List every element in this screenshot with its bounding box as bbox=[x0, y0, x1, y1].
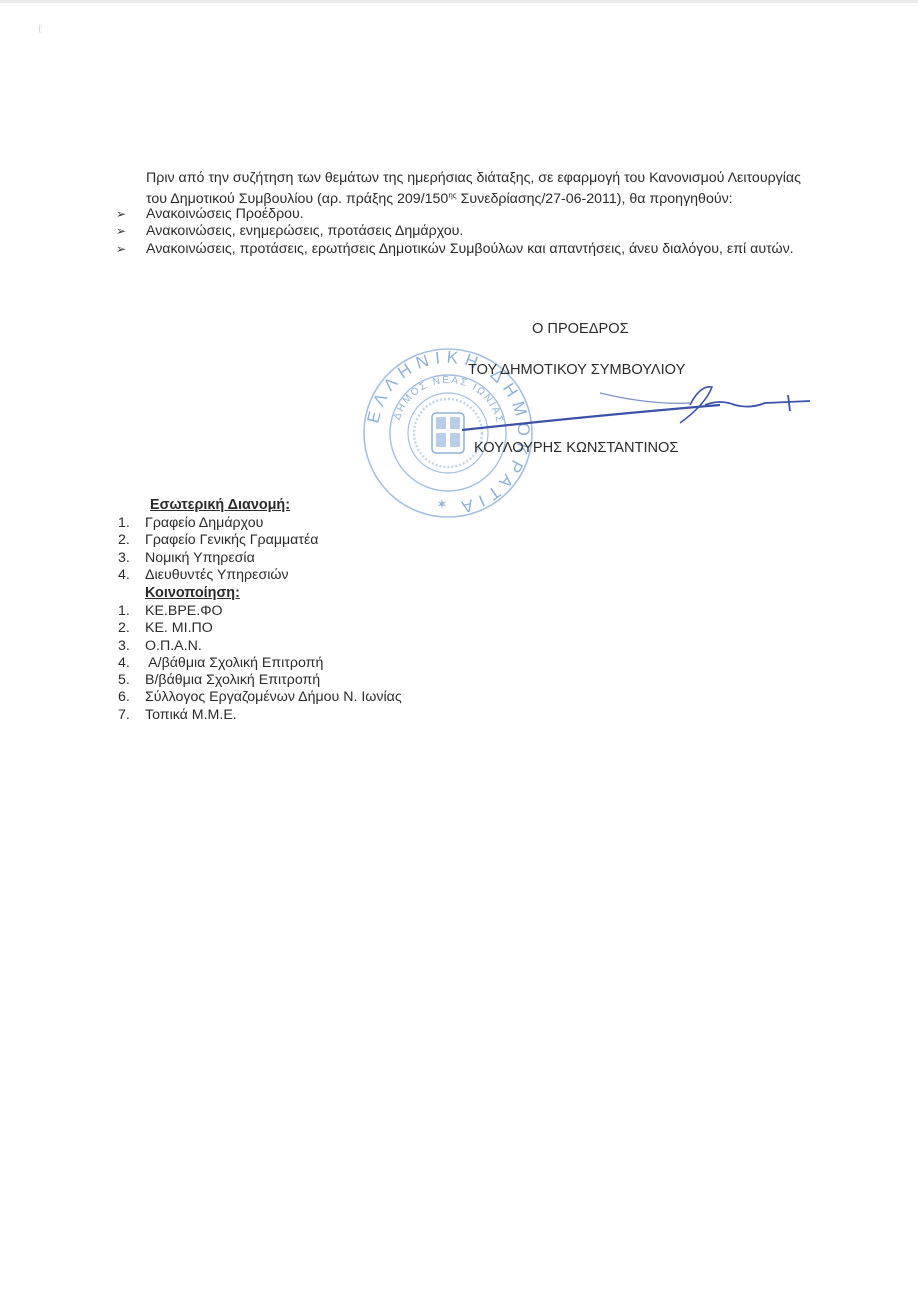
list-item: 1.ΚΕ.ΒΡΕ.ΦΟ bbox=[118, 603, 402, 620]
intro-paragraph: Πριν από την συζήτηση των θεμάτων της ημ… bbox=[146, 170, 886, 208]
list-item: 1.Γραφείο Δημάρχου bbox=[118, 515, 319, 532]
item-number: 5. bbox=[118, 672, 130, 689]
item-label: Γραφείο Δημάρχου bbox=[145, 515, 263, 531]
arrow-bullet-icon: ➢ bbox=[116, 223, 126, 240]
item-number: 3. bbox=[118, 550, 130, 567]
list-item: 4. Α/βάθμια Σχολική Επιτροπή bbox=[118, 655, 402, 672]
item-number: 2. bbox=[118, 532, 130, 549]
bullet-text: Ανακοινώσεις, προτάσεις, ερωτήσεις Δημοτ… bbox=[146, 241, 794, 257]
item-label: ΚΕ. ΜΙ.ΠΟ bbox=[145, 620, 213, 636]
item-label: ΚΕ.ΒΡΕ.ΦΟ bbox=[145, 603, 223, 619]
item-number: 7. bbox=[118, 707, 130, 724]
svg-text:✶: ✶ bbox=[436, 496, 448, 512]
agenda-preliminaries-list: ➢Ανακοινώσεις Προέδρου. ➢Ανακοινώσεις, ε… bbox=[116, 206, 794, 258]
item-label: Τοπικά Μ.Μ.Ε. bbox=[145, 707, 237, 723]
item-number: 4. bbox=[118, 567, 130, 584]
notification-list: 1.ΚΕ.ΒΡΕ.ΦΟ 2.ΚΕ. ΜΙ.ΠΟ 3.Ο.Π.Α.Ν. 4. Α/… bbox=[118, 603, 402, 724]
intro-line-2: του Δημοτικού Συμβουλίου (αρ. πράξης 209… bbox=[146, 187, 886, 208]
list-item: 7.Τοπικά Μ.Μ.Ε. bbox=[118, 707, 402, 724]
intro-line-2-part-a: του Δημοτικού Συμβουλίου (αρ. πράξης 209… bbox=[146, 191, 448, 207]
list-item: ➢Ανακοινώσεις, προτάσεις, ερωτήσεις Δημο… bbox=[116, 241, 794, 258]
item-label: Διευθυντές Υπηρεσιών bbox=[145, 567, 289, 583]
handwritten-signature-icon bbox=[450, 375, 820, 435]
arrow-bullet-icon: ➢ bbox=[116, 206, 126, 223]
list-item: 2.ΚΕ. ΜΙ.ΠΟ bbox=[118, 620, 402, 637]
list-item: 3.Νομική Υπηρεσία bbox=[118, 550, 319, 567]
arrow-bullet-icon: ➢ bbox=[116, 241, 126, 258]
intro-line-2-part-b: Συνεδρίασης/27-06-2011), θα προηγηθούν: bbox=[457, 191, 733, 207]
list-item: 3.Ο.Π.Α.Ν. bbox=[118, 638, 402, 655]
item-number: 1. bbox=[118, 515, 130, 532]
list-item: 2.Γραφείο Γενικής Γραμματέα bbox=[118, 532, 319, 549]
bullet-text: Ανακοινώσεις, ενημερώσεις, προτάσεις Δημ… bbox=[146, 223, 463, 239]
ordinal-superscript: ης bbox=[448, 191, 456, 200]
list-item: 5.Β/βάθμια Σχολική Επιτροπή bbox=[118, 672, 402, 689]
item-number: 1. bbox=[118, 603, 130, 620]
item-label: Ο.Π.Α.Ν. bbox=[145, 638, 202, 654]
signatory-name: ΚΟΥΛΟΥΡΗΣ ΚΩΝΣΤΑΝΤΙΝΟΣ bbox=[474, 440, 678, 456]
internal-distribution-list: 1.Γραφείο Δημάρχου 2.Γραφείο Γενικής Γρα… bbox=[118, 515, 319, 584]
item-label: Β/βάθμια Σχολική Επιτροπή bbox=[145, 672, 320, 688]
list-item: 4.Διευθυντές Υπηρεσιών bbox=[118, 567, 319, 584]
notification-title: Κοινοποίηση: bbox=[145, 585, 240, 601]
list-item: ➢Ανακοινώσεις Προέδρου. bbox=[116, 206, 794, 223]
item-number: 2. bbox=[118, 620, 130, 637]
item-label: Σύλλογος Εργαζομένων Δήμου Ν. Ιωνίας bbox=[145, 689, 402, 705]
intro-line-1: Πριν από την συζήτηση των θεμάτων της ημ… bbox=[146, 170, 886, 187]
item-number: 6. bbox=[118, 689, 130, 706]
item-number: 3. bbox=[118, 638, 130, 655]
item-label: Νομική Υπηρεσία bbox=[145, 550, 255, 566]
list-item: 6.Σύλλογος Εργαζομένων Δήμου Ν. Ιωνίας bbox=[118, 689, 402, 706]
internal-distribution-title: Εσωτερική Διανομή: bbox=[150, 497, 290, 513]
list-item: ➢Ανακοινώσεις, ενημερώσεις, προτάσεις Δη… bbox=[116, 223, 794, 240]
item-label: Γραφείο Γενικής Γραμματέα bbox=[145, 532, 319, 548]
scan-speck: ℓ bbox=[38, 22, 42, 36]
bullet-text: Ανακοινώσεις Προέδρου. bbox=[146, 206, 304, 222]
item-number: 4. bbox=[118, 655, 130, 672]
signatory-title-line1: Ο ΠΡΟΕΔΡΟΣ bbox=[532, 321, 629, 337]
item-label: Α/βάθμια Σχολική Επιτροπή bbox=[145, 655, 323, 671]
page-top-edge bbox=[0, 0, 918, 3]
